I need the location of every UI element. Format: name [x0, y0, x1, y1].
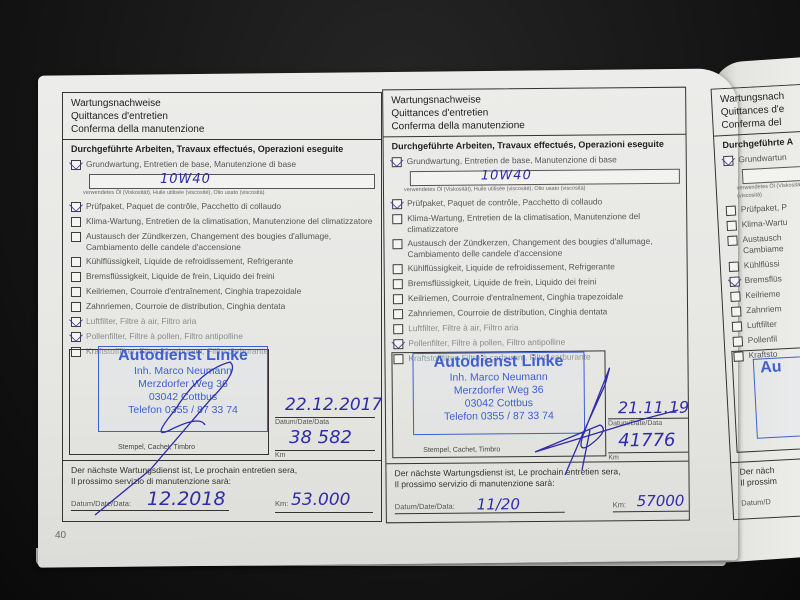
- checklist-item: Klima-Wartung, Entretien de la climatisa…: [71, 216, 375, 227]
- checked-checkbox[interactable]: [71, 160, 81, 170]
- checklist-item-label: Austausch der Zündkerzen, Changement des…: [407, 236, 680, 259]
- checklist-item-label: Klima-Wartu: [741, 217, 787, 230]
- title-it: Conferma della manutenzione: [71, 123, 375, 136]
- oil-viscosity-field[interactable]: 10W40: [89, 174, 375, 189]
- checklist-item: Kühlflüssigkeit, Liquide de refroidissem…: [71, 256, 375, 267]
- checked-checkbox[interactable]: [71, 317, 81, 327]
- oil-viscosity-value: 10W40: [481, 168, 532, 183]
- checkbox[interactable]: [71, 272, 81, 282]
- oil-viscosity-value: 10W40: [160, 172, 211, 187]
- entry-titles: Wartungsnach Quittances d'e Conferma del: [712, 84, 800, 137]
- checklist-item: Grundwartung, Entretien de base, Manuten…: [71, 159, 375, 170]
- work-performed-section: Durchgeführte A Grundwartunverwendetes Ö…: [714, 126, 800, 362]
- stamp-phone: Telefon 0355 / 87 33 74: [414, 410, 584, 424]
- next-service-text-2: Il prossimo servizio di manutenzione sar…: [63, 476, 381, 487]
- next-service-text-1: Der nächste Wartungsdienst ist, Le proch…: [63, 461, 381, 476]
- title-de: Wartungsnachweise: [71, 97, 375, 110]
- checkbox[interactable]: [730, 291, 741, 302]
- checklist-item: Keilriemen, Courroie d'entraînement, Cin…: [71, 286, 375, 297]
- next-date-label: Datum/Date/Data:: [71, 499, 131, 508]
- checkbox[interactable]: [393, 264, 403, 274]
- checkbox[interactable]: [733, 336, 744, 347]
- next-km-line: [613, 511, 689, 513]
- checklist-item: Bremsflüssigkeit, Liquide de frein, Liqu…: [71, 271, 375, 282]
- entry-titles: Wartungsnachweise Quittances d'entretien…: [63, 93, 381, 140]
- date-label: Datum/Date/Data: [275, 419, 329, 426]
- work-performed-section: Durchgeführte Arbeiten, Travaux effectué…: [63, 140, 381, 357]
- checkbox[interactable]: [71, 287, 81, 297]
- next-km-label: Km:: [613, 500, 626, 509]
- checklist-item-label: Grundwartung, Entretien de base, Manuten…: [86, 159, 296, 170]
- checklist-item: Prüfpaket, Paquet de contrôle, Pacchetto…: [392, 196, 680, 210]
- stamp-city: 03042 Cottbus: [99, 391, 267, 404]
- checklist-item-label: Zahnriem: [746, 303, 782, 315]
- stamp-section: Au: [731, 341, 800, 453]
- work-heading: Durchgeführte Arbeiten, Travaux effectué…: [71, 143, 375, 155]
- title-it: Conferma della manutenzione: [391, 118, 679, 134]
- checkbox[interactable]: [393, 324, 403, 334]
- title-fr: Quittances d'entretien: [71, 110, 375, 123]
- checkbox[interactable]: [71, 217, 81, 227]
- next-service-section: Der näch Il prossim Datum/D: [731, 452, 800, 519]
- stamp-name: Au: [760, 351, 800, 378]
- stamp-section: Autodienst Linke Inh. Marco Neumann Merz…: [391, 350, 606, 458]
- checklist-item-label: Kühlflüssi: [744, 258, 780, 270]
- checklist-item: Prüfpaket, Paquet de contrôle, Pacchetto…: [71, 201, 375, 212]
- checklist-item: Luftfilter, Filtre à air, Filtro aria: [393, 321, 681, 335]
- date-line: [275, 417, 375, 418]
- checklist-item-label: Keilriemen, Courroie d'entraînement, Cin…: [408, 291, 623, 303]
- checkbox[interactable]: [71, 232, 81, 242]
- page-number: 40: [55, 530, 66, 541]
- checked-checkbox[interactable]: [393, 339, 403, 349]
- next-service-date: 12.2018: [147, 488, 226, 510]
- checked-checkbox[interactable]: [71, 202, 81, 212]
- checklist-item: Keilriemen, Courroie d'entraînement, Cin…: [393, 291, 681, 305]
- next-service-km: 57000: [637, 492, 685, 510]
- service-entry-2: Wartungsnachweise Quittances d'entretien…: [382, 87, 690, 524]
- checklist-item-label: Prüfpaket, Paquet de contrôle, Pacchetto…: [407, 196, 602, 208]
- checklist-item-label: Zahnriemen, Courroie de distribution, Ci…: [408, 306, 607, 318]
- workshop-stamp: Autodienst Linke Inh. Marco Neumann Merz…: [98, 346, 268, 432]
- checklist-item: Kühlflüssigkeit, Liquide de refroidissem…: [393, 261, 681, 275]
- checklist-item-label: Kühlflüssigkeit, Liquide de refroidissem…: [86, 256, 293, 267]
- checkbox[interactable]: [393, 279, 403, 289]
- checkbox[interactable]: [732, 321, 743, 332]
- checked-checkbox[interactable]: [392, 199, 402, 209]
- checklist-item-label: Klima-Wartung, Entretien de la climatisa…: [407, 211, 680, 234]
- work-heading: Durchgeführte Arbeiten, Travaux effectué…: [392, 138, 680, 153]
- checklist-item: Pollenfilter, Filtre à pollen, Filtro an…: [71, 331, 375, 342]
- checklist-item-label: Pollenfil: [747, 333, 777, 345]
- next-service-section: Der nächste Wartungsdienst ist, Le proch…: [386, 461, 689, 523]
- next-service-text-2: Il prossimo servizio di manutenzione sar…: [387, 477, 689, 491]
- checkbox[interactable]: [729, 261, 740, 272]
- checklist-item: Zahnriemen, Courroie de distribution, Ci…: [393, 306, 681, 320]
- stamp-section: Autodienst Linke Inh. Marco Neumann Merz…: [69, 349, 269, 455]
- checked-checkbox[interactable]: [729, 276, 740, 287]
- entry-titles: Wartungsnachweise Quittances d'entretien…: [383, 88, 685, 138]
- next-date-label: Datum/D: [741, 497, 771, 508]
- service-entry-1: Wartungsnachweise Quittances d'entretien…: [62, 92, 382, 522]
- km-line: [608, 452, 688, 454]
- checklist-item-label: Zahnriemen, Courroie de distribution, Ci…: [86, 301, 285, 312]
- checked-checkbox[interactable]: [71, 332, 81, 342]
- checklist-item-label: Grundwartun: [738, 152, 787, 165]
- checklist-item-label: Luftfilter, Filtre à air, Filtro aria: [408, 322, 518, 333]
- workshop-stamp: Au: [753, 350, 800, 439]
- checklist-item-label: Bremsflüssigkeit, Liquide de frein, Liqu…: [408, 276, 597, 288]
- checklist-item-label: Kühlflüssigkeit, Liquide de refroidissem…: [408, 261, 615, 273]
- service-date: 21.11.19: [618, 398, 689, 418]
- checkbox[interactable]: [392, 239, 402, 249]
- stamp-caption: Stempel, Cachet, Timbro: [118, 444, 195, 451]
- checklist-item-label: Austausch der Zündkerzen, Changement des…: [86, 231, 375, 252]
- service-km: 41776: [618, 430, 675, 451]
- stamp-name: Autodienst Linke: [99, 347, 267, 365]
- stamp-name: Autodienst Linke: [413, 353, 583, 372]
- checklist-item-label: Grundwartung, Entretien de base, Manuten…: [407, 154, 617, 166]
- checked-checkbox[interactable]: [723, 156, 734, 167]
- oil-caption: verwendetes Öl (Viskosität), Huile utili…: [83, 189, 375, 197]
- stamp-owner: Inh. Marco Neumann: [99, 365, 267, 378]
- checklist-item-label: Pollenfilter, Filtre à pollen, Filtro an…: [408, 337, 565, 349]
- checklist-item: Klima-Wartung, Entretien de la climatisa…: [392, 211, 680, 235]
- next-date-line: [395, 512, 565, 514]
- checkbox[interactable]: [393, 309, 403, 319]
- checkbox[interactable]: [726, 221, 737, 232]
- checkbox[interactable]: [71, 257, 81, 267]
- date-label: Datum/Date/Data: [608, 420, 662, 427]
- next-service-date: 11/20: [477, 495, 520, 513]
- next-date-line: [71, 510, 229, 511]
- checkbox[interactable]: [392, 214, 402, 224]
- checklist-item: Austausch der Zündkerzen, Changement des…: [71, 231, 375, 252]
- checkbox[interactable]: [71, 302, 81, 312]
- checklist-item-label: Luftfilter: [747, 318, 777, 330]
- checklist-item-label: Cambiame: [743, 243, 784, 256]
- checkbox[interactable]: [393, 294, 403, 304]
- stamp-caption: Stempel, Cachet, Timbro: [423, 446, 500, 454]
- checklist-item-label: Keilriemen, Courroie d'entraînement, Cin…: [86, 286, 301, 297]
- stamp-street: Merzdorfer Weg 36: [99, 378, 267, 391]
- checklist-item-label: Prüfpaket, P: [741, 202, 788, 215]
- km-label: Km: [275, 452, 286, 459]
- next-km-label: Km:: [275, 499, 288, 508]
- checklist-item-label: Keilrieme: [745, 288, 780, 300]
- checklist-item-label: Bremsflüssigkeit, Liquide de frein, Liqu…: [86, 271, 275, 282]
- checklist-item-label: Bremsflüs: [744, 273, 782, 285]
- checklist-item-label: Prüfpaket, Paquet de contrôle, Pacchetto…: [86, 201, 281, 212]
- checklist-item: Bremsflüssigkeit, Liquide de frein, Liqu…: [393, 276, 681, 290]
- checklist-item-label: Pollenfilter, Filtre à pollen, Filtro an…: [86, 331, 243, 342]
- workshop-stamp: Autodienst Linke Inh. Marco Neumann Merz…: [412, 352, 585, 435]
- service-date: 22.12.2017: [285, 395, 382, 415]
- next-date-label: Datum/Date/Data:: [395, 502, 455, 512]
- oil-viscosity-field[interactable]: 10W40: [410, 169, 680, 186]
- checklist-item: Zahnriemen, Courroie de distribution, Ci…: [71, 301, 375, 312]
- checkbox[interactable]: [726, 206, 737, 217]
- checklist-item: Grundwartung, Entretien de base, Manuten…: [392, 154, 680, 168]
- checklist-item-label: Klima-Wartung, Entretien de la climatisa…: [86, 216, 372, 227]
- checkbox[interactable]: [727, 236, 738, 247]
- checklist-item-label: Luftfilter, Filtre à air, Filtro aria: [86, 316, 196, 327]
- checklist-item: Austausch der Zündkerzen, Changement des…: [392, 236, 680, 260]
- next-service-km: 53.000: [291, 490, 350, 510]
- service-km: 38 582: [289, 427, 352, 448]
- next-km-line: [275, 512, 373, 513]
- work-performed-section: Durchgeführte Arbeiten, Travaux effectué…: [384, 135, 688, 365]
- checklist-item: Pollenfilter, Filtre à pollen, Filtro an…: [393, 336, 681, 350]
- checklist-item: Luftfilter, Filtre à air, Filtro aria: [71, 316, 375, 327]
- stamp-phone: Telefon 0355 / 87 33 74: [99, 404, 267, 417]
- next-service-section: Der nächste Wartungsdienst ist, Le proch…: [63, 460, 381, 521]
- km-line: [275, 450, 375, 451]
- checked-checkbox[interactable]: [392, 157, 402, 167]
- checkbox[interactable]: [731, 306, 742, 317]
